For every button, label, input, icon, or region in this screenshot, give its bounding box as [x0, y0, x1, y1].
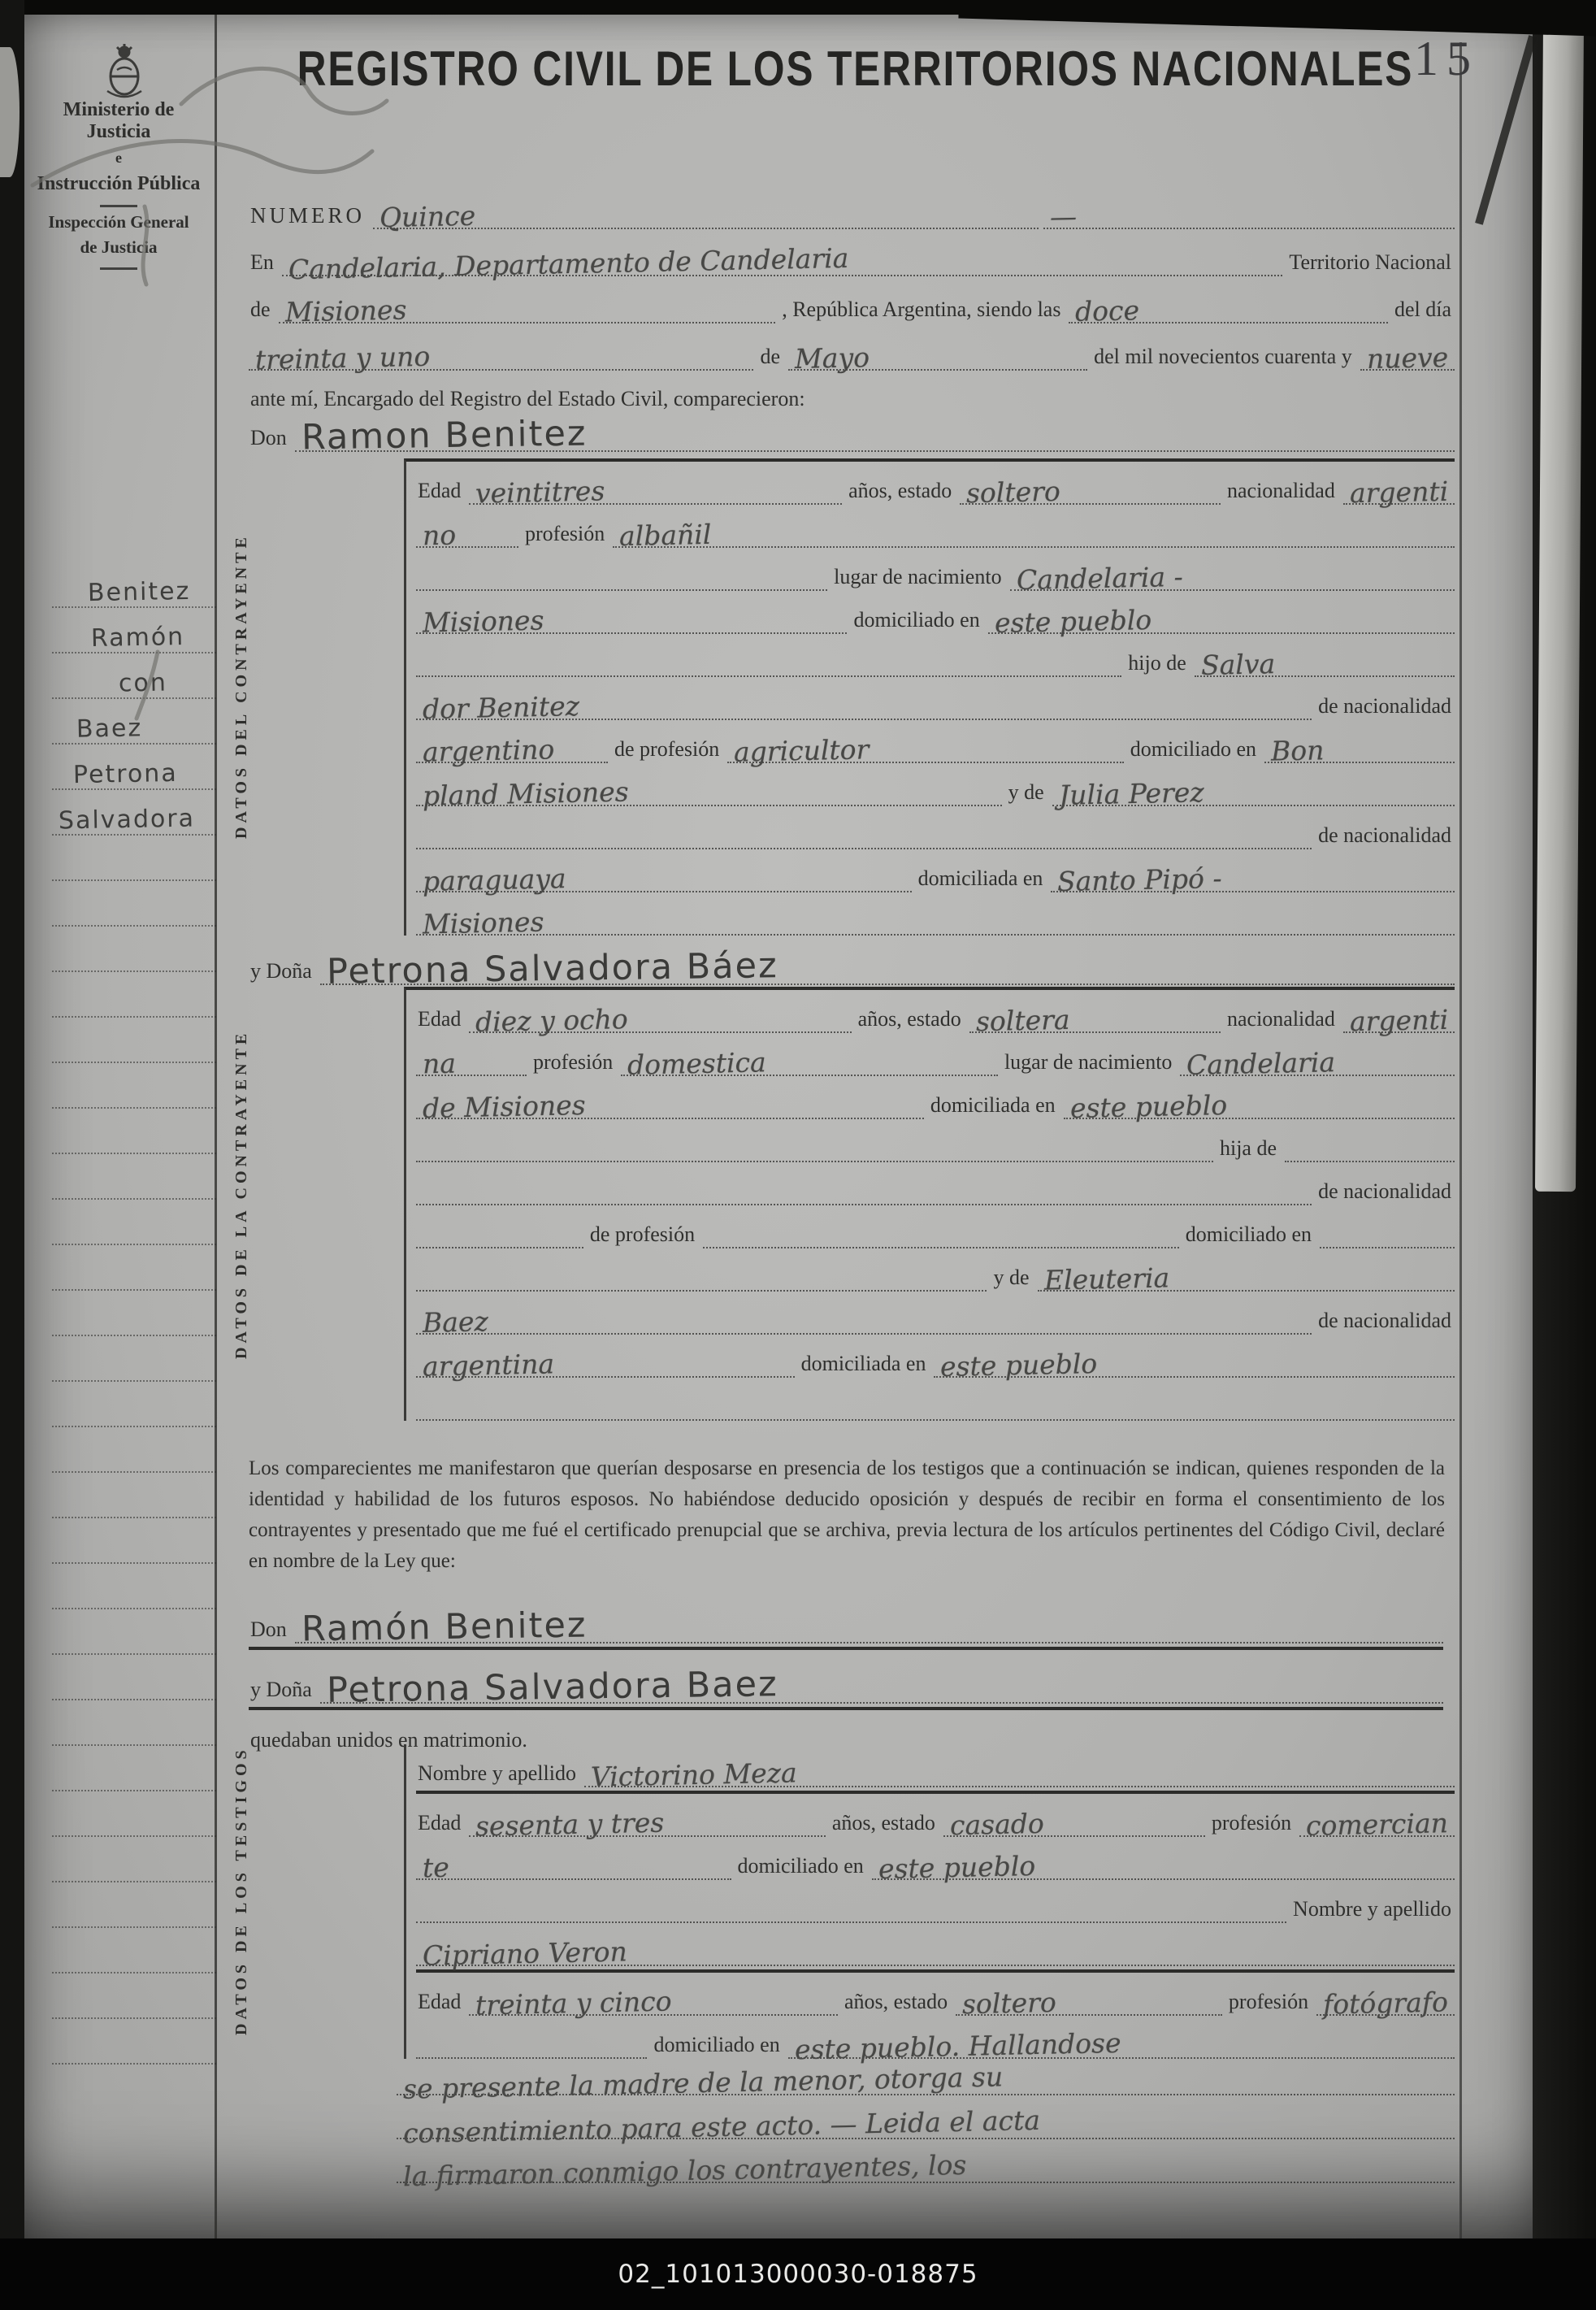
- torn-paper-scrap: [0, 47, 20, 177]
- form-row: Nombre y apellido: [416, 1880, 1455, 1923]
- form-row: dor Benitezde nacionalidad: [416, 677, 1455, 720]
- field-value: Baez: [416, 1310, 1312, 1335]
- handwriting: Victorino Meza: [591, 1761, 797, 1789]
- handwriting: diez y ocho: [475, 1007, 628, 1035]
- field-label: profesión: [1210, 1811, 1295, 1837]
- handwriting: Bon: [1271, 738, 1325, 763]
- handwriting: albañil: [619, 523, 712, 549]
- intro-fields: NUMEROQuince—EnCandelaria, Departamento …: [249, 172, 1455, 413]
- field-label: lugar de nacimiento: [1003, 1050, 1175, 1076]
- form-row: Misionesdomiciliado eneste pueblo: [416, 591, 1455, 634]
- handwriting: na: [423, 1052, 457, 1077]
- form-row: Edadveintitresaños, estadosolteronaciona…: [416, 462, 1455, 505]
- margin-ruled-line: [52, 1063, 216, 1109]
- form-row: y DoñaPetrona Salvadora Báez: [249, 935, 1455, 985]
- field-value: soltero: [960, 480, 1221, 505]
- handwriting: Ramón Benitez: [301, 1608, 587, 1648]
- handwriting: argentina: [423, 1352, 555, 1379]
- field-value: Julia Perez: [1052, 782, 1455, 806]
- field-value: —: [1043, 205, 1455, 229]
- field-label: nacionalidad: [1225, 1007, 1338, 1033]
- field-value: argenti: [1343, 1009, 1455, 1033]
- scan-reference-code: 02_101013000030-018875: [618, 2260, 978, 2289]
- form-row: noprofesiónalbañil: [416, 505, 1455, 548]
- field-value: domestica: [621, 1052, 998, 1076]
- field-label: domiciliado en: [736, 1854, 867, 1880]
- ministry-line: de Justicia: [29, 237, 208, 258]
- field-value: no: [416, 523, 518, 548]
- field-label: domiciliada en: [929, 1093, 1059, 1119]
- field-value: soltero: [956, 1991, 1222, 2016]
- form-row: deMisiones, República Argentina, siendo …: [249, 276, 1455, 323]
- field-value: Victorino Meza: [584, 1763, 1455, 1787]
- form-column: REGISTRO CIVIL DE LOS TERRITORIOS NACION…: [226, 13, 1459, 2238]
- field-label: domiciliado en: [1129, 737, 1260, 763]
- form-row: de nacionalidad: [416, 1162, 1455, 1205]
- handwriting: Misiones: [423, 608, 544, 635]
- field-value: Petrona Salvadora Baez: [320, 1670, 1443, 1704]
- field-value: veintitres: [469, 480, 842, 505]
- margin-ruled-line: [52, 1837, 216, 1882]
- handwriting: Julia Perez: [1058, 780, 1204, 808]
- margin-ruled-line: [52, 1109, 216, 1154]
- margin-ruled-line: [52, 1700, 216, 1746]
- handwriting: este pueblo: [940, 1352, 1098, 1379]
- form-row: Nombre y apellidoVictorino Meza: [416, 1744, 1455, 1794]
- field-label: , República Argentina, siendo las: [780, 297, 1064, 323]
- field-value: pland Misiones: [416, 782, 1002, 806]
- form-row: DonRamón Benitez: [249, 1596, 1443, 1650]
- margin-ruled-line: [52, 1154, 216, 1200]
- field-label: de nacionalidad: [1316, 694, 1455, 720]
- field-value: argenti: [1343, 480, 1455, 505]
- margin-ruled-line: [52, 1791, 216, 1837]
- page-stack-edge: [1535, 21, 1584, 1192]
- margin-ruled-line: [52, 881, 216, 927]
- field-label: Edad: [416, 1007, 464, 1033]
- handwriting: Candelaria -: [1016, 565, 1182, 593]
- margin-ruled-line: Baez: [52, 699, 216, 745]
- handwriting: sesenta y tres: [475, 1811, 665, 1839]
- handwriting: fotógrafo: [1323, 1990, 1448, 2017]
- field-label: hija de: [1218, 1136, 1280, 1162]
- field-value: Quince: [373, 205, 1039, 229]
- margin-ruled-line: Salvadora: [52, 790, 216, 836]
- field-label: domiciliada en: [800, 1352, 930, 1378]
- field-label: Don: [249, 1617, 290, 1643]
- handwriting: treinta y cinco: [475, 1989, 672, 2017]
- handwriting: no: [423, 523, 457, 549]
- margin-ruled-line: Petrona: [52, 745, 216, 790]
- handwriting: argentino: [423, 737, 555, 764]
- scanned-register-page: 15 Ministerio de Justicia e Instrucción …: [0, 0, 1596, 2310]
- margin-name: Benitez: [88, 577, 191, 607]
- field-label: domiciliada en: [917, 866, 1047, 892]
- field-value: fotógrafo: [1316, 1991, 1455, 2016]
- handwriting: —: [1050, 205, 1078, 230]
- field-value: Misiones: [416, 610, 847, 634]
- handwriting: Petrona Salvadora Báez: [327, 948, 778, 990]
- handwriting: Quince: [379, 204, 476, 230]
- handwriting: este pueblo: [1069, 1093, 1227, 1121]
- groom-section: Edadveintitresaños, estadosolteronaciona…: [404, 458, 1455, 936]
- handwriting: dor Benitez: [423, 694, 580, 722]
- field-label: de nacionalidad: [1316, 823, 1455, 849]
- paper-sheet: 15 Ministerio de Justicia e Instrucción …: [23, 13, 1533, 2238]
- margin-ruled-line: [52, 1928, 216, 1973]
- margin-name: Petrona: [73, 759, 178, 789]
- margin-ruled-line: [52, 836, 216, 881]
- margin-ruled-line: [52, 2019, 216, 2065]
- handwriting: este pueblo: [878, 1854, 1035, 1882]
- handwriting: Petrona Salvadora Baez: [327, 1666, 778, 1709]
- margin-name: Baez: [76, 714, 143, 743]
- field-label: de: [249, 297, 274, 323]
- ministry-header: Ministerio de Justicia e Instrucción Púb…: [29, 99, 208, 273]
- form-row: NUMEROQuince—: [249, 172, 1455, 229]
- field-value: se presente la madre de la menor, otorga…: [397, 2071, 1455, 2095]
- handwriting: Eleuteria: [1043, 1266, 1169, 1292]
- handwriting: de Misiones: [423, 1093, 586, 1121]
- book-binding: [0, 0, 24, 2310]
- field-value: na: [416, 1052, 527, 1076]
- marriage-declaration-rows: DonRamón Benitezy DoñaPetrona Salvadora …: [249, 1596, 1443, 1754]
- field-label: hijo de: [1126, 651, 1190, 677]
- scan-footer: 02_101013000030-018875: [0, 2238, 1596, 2310]
- form-row: y deEleuteria: [416, 1248, 1455, 1292]
- field-label: y Doña: [249, 959, 315, 985]
- field-value: sesenta y tres: [469, 1813, 825, 1837]
- field-value: doce: [1069, 299, 1388, 323]
- field-value: argentina: [416, 1353, 795, 1378]
- field-label: Edad: [416, 1990, 464, 2016]
- section-label-groom: DATOS DEL CONTRAYENTE: [232, 458, 260, 914]
- form-row: hija de: [416, 1119, 1455, 1162]
- margin-index-names: BenitezRamónconBaezPetronaSalvadora: [52, 562, 216, 2065]
- closing-handwritten-lines: se presente la madre de la menor, otorga…: [397, 2052, 1455, 2183]
- handwriting: soltero: [962, 1991, 1056, 2017]
- bride-name-row: y DoñaPetrona Salvadora Báez: [249, 935, 1455, 985]
- form-row: [416, 1378, 1455, 1421]
- handwriting: treinta y uno: [255, 345, 431, 373]
- field-label: Don: [249, 426, 290, 452]
- margin-ruled-line: [52, 1473, 216, 1518]
- field-label: lugar de nacimiento: [832, 565, 1004, 591]
- field-value: Misiones: [279, 299, 776, 323]
- form-row: de profesióndomiciliado en: [416, 1205, 1455, 1248]
- document-title: REGISTRO CIVIL DE LOS TERRITORIOS NACION…: [297, 41, 1374, 97]
- handwriting: pland Misiones: [423, 779, 629, 808]
- handwriting: argenti: [1350, 480, 1449, 506]
- field-value: casado: [943, 1813, 1205, 1837]
- field-blank: [416, 1419, 1455, 1421]
- form-row: y DoñaPetrona Salvadora Baez: [249, 1657, 1443, 1710]
- handwriting: Ramon Benitez: [301, 416, 587, 456]
- divider: [100, 205, 137, 207]
- page-number: 15: [1414, 31, 1479, 87]
- field-label: y de: [1007, 780, 1047, 806]
- margin-name: Salvadora: [59, 805, 196, 836]
- field-value: Candelaria: [1180, 1052, 1455, 1076]
- groom-name-row: DonRamon Benitez: [249, 393, 1455, 452]
- field-label: de: [758, 345, 783, 371]
- field-label: años, estado: [857, 1007, 965, 1033]
- field-label: de profesión: [588, 1222, 698, 1248]
- field-label: años, estado: [847, 479, 955, 505]
- margin-ruled-line: [52, 972, 216, 1018]
- field-value: este pueblo: [988, 610, 1455, 634]
- form-row: tedomiciliado eneste pueblo: [416, 1837, 1455, 1880]
- field-value: Candelaria, Departamento de Candelaria: [282, 252, 1283, 276]
- form-row: de nacionalidad: [416, 806, 1455, 849]
- margin-ruled-line: [52, 1973, 216, 2019]
- form-row: Edaddiez y ochoaños, estadosolteranacion…: [416, 990, 1455, 1033]
- field-value: Cipriano Veron: [416, 1942, 1455, 1966]
- field-label: nacionalidad: [1225, 479, 1338, 505]
- handwriting: Salva: [1200, 652, 1275, 678]
- field-label: Territorio Nacional: [1287, 250, 1455, 276]
- field-label: años, estado: [831, 1811, 939, 1837]
- handwriting: comercian: [1306, 1811, 1449, 1839]
- divider: [100, 267, 137, 270]
- margin-ruled-line: Benitez: [52, 562, 216, 608]
- field-value: Mayo: [788, 346, 1087, 371]
- handwriting: paraguaya: [423, 866, 566, 894]
- field-value: dor Benitez: [416, 696, 1312, 720]
- margin-name: Ramón: [91, 623, 185, 653]
- field-value: albañil: [613, 523, 1455, 548]
- ministry-line: Instrucción Pública: [29, 173, 208, 195]
- handwriting: Baez: [423, 1309, 488, 1335]
- field-value: Santo Pipó -: [1051, 868, 1455, 892]
- form-row: se presente la madre de la menor, otorga…: [397, 2052, 1455, 2095]
- handwriting: Santo Pipó -: [1057, 866, 1222, 894]
- margin-ruled-line: [52, 1336, 216, 1382]
- field-label: Nombre y apellido: [1291, 1897, 1455, 1923]
- form-row: hijo deSalva: [416, 634, 1455, 677]
- field-value: la firmaron conmigo los contrayentes, lo…: [397, 2159, 1455, 2183]
- form-row: EnCandelaria, Departamento de Candelaria…: [249, 229, 1455, 276]
- field-value: Salva: [1195, 653, 1455, 677]
- form-row: argentinode profesiónagricultordomicilia…: [416, 720, 1455, 763]
- field-label: de profesión: [613, 737, 722, 763]
- margin-ruled-line: [52, 927, 216, 972]
- handwriting: agricultor: [734, 737, 870, 764]
- form-row: Edadsesenta y tresaños, estadocasadoprof…: [416, 1794, 1455, 1837]
- ministry-line: Inspección General: [29, 212, 208, 232]
- handwriting: te: [423, 1856, 449, 1881]
- field-label: de nacionalidad: [1316, 1179, 1455, 1205]
- field-value: paraguaya: [416, 868, 912, 892]
- margin-ruled-line: con: [52, 653, 216, 699]
- section-label-witnesses: DATOS DE LOS TESTIGOS: [232, 1744, 260, 2037]
- handwriting: Misiones: [423, 910, 544, 936]
- margin-ruled-line: [52, 1655, 216, 1700]
- margin-ruled-line: [52, 1200, 216, 1245]
- field-value: argentino: [416, 739, 608, 763]
- field-label: domiciliado en: [852, 608, 982, 634]
- coat-of-arms-icon: [101, 42, 148, 99]
- margin-ruled-line: [52, 1882, 216, 1928]
- form-row: Baezde nacionalidad: [416, 1292, 1455, 1335]
- field-value: este pueblo: [934, 1353, 1455, 1378]
- field-value: treinta y uno: [249, 346, 753, 371]
- field-label: Edad: [416, 479, 464, 505]
- form-row: Misiones: [416, 892, 1455, 936]
- field-value: este pueblo: [872, 1856, 1455, 1880]
- field-label: Nombre y apellido: [416, 1761, 579, 1787]
- right-rule-line: [1459, 42, 1462, 2238]
- form-row: DonRamon Benitez: [249, 393, 1455, 452]
- field-value: soltera: [969, 1009, 1221, 1033]
- field-value: Ramon Benitez: [295, 418, 1455, 452]
- field-label: profesión: [523, 522, 608, 548]
- field-label: Edad: [416, 1811, 464, 1837]
- field-label: de nacionalidad: [1316, 1309, 1455, 1335]
- field-label: NUMERO: [249, 203, 368, 229]
- handwriting: nueve: [1366, 345, 1448, 371]
- field-label: y Doña: [249, 1678, 315, 1704]
- margin-ruled-line: [52, 1609, 216, 1655]
- handwriting: Mayo: [795, 345, 870, 371]
- field-value: este pueblo: [1064, 1095, 1455, 1119]
- form-row: paraguayadomiciliada enSanto Pipó -: [416, 849, 1455, 892]
- field-value: diez y ocho: [469, 1009, 851, 1033]
- field-value: Misiones: [416, 911, 1455, 936]
- form-row: argentinadomiciliada eneste pueblo: [416, 1335, 1455, 1378]
- ministry-line: e: [29, 150, 208, 167]
- handwriting: Candelaria: [1186, 1050, 1336, 1078]
- field-label: del día: [1393, 297, 1455, 323]
- handwriting: veintitres: [475, 479, 605, 506]
- witnesses-section: Nombre y apellidoVictorino MezaEdadsesen…: [404, 1744, 1455, 2059]
- margin-ruled-line: [52, 1245, 216, 1291]
- form-row: de Misionesdomiciliada eneste pueblo: [416, 1076, 1455, 1119]
- margin-ruled-line: [52, 1427, 216, 1473]
- handwriting: este pueblo: [994, 608, 1151, 636]
- field-value: Candelaria -: [1010, 567, 1455, 591]
- handwriting: argenti: [1350, 1008, 1449, 1035]
- margin-ruled-line: [52, 1291, 216, 1336]
- handwriting: soltero: [966, 480, 1060, 506]
- margin-ruled-line: [52, 1382, 216, 1427]
- margin-ruled-line: [52, 1018, 216, 1063]
- handwriting: casado: [950, 1812, 1044, 1838]
- field-value: Bon: [1264, 739, 1455, 763]
- form-row: Cipriano Veron: [416, 1923, 1455, 1973]
- form-row: Edadtreinta y cincoaños, estadosolteropr…: [416, 1973, 1455, 2016]
- handwriting: Cipriano Veron: [423, 1939, 627, 1968]
- field-label: del mil novecientos cuarenta y: [1092, 345, 1355, 371]
- field-value: agricultor: [727, 739, 1124, 763]
- field-value: te: [416, 1856, 731, 1880]
- margin-ruled-line: [52, 1564, 216, 1609]
- field-label: En: [249, 250, 277, 276]
- form-row: consentimiento para este acto. — Leida e…: [397, 2095, 1455, 2139]
- form-row: pland Misionesy deJulia Perez: [416, 763, 1455, 806]
- field-value: de Misiones: [416, 1095, 924, 1119]
- handwriting: doce: [1075, 298, 1140, 324]
- handwriting: soltera: [975, 1008, 1069, 1034]
- field-value: Ramón Benitez: [295, 1609, 1443, 1643]
- section-label-bride: DATOS DE LA CONTRAYENTE: [232, 987, 260, 1401]
- field-value: treinta y cinco: [469, 1991, 838, 2016]
- field-value: nueve: [1360, 346, 1455, 371]
- field-label: profesión: [531, 1050, 616, 1076]
- margin-ruled-line: [52, 1518, 216, 1564]
- field-label: profesión: [1227, 1990, 1312, 2016]
- margin-ruled-line: Ramón: [52, 608, 216, 653]
- bride-section: Edaddiez y ochoaños, estadosolteranacion…: [404, 987, 1455, 1421]
- field-label: y de: [991, 1266, 1032, 1292]
- declaration-paragraph: Los comparecientes me manifestaron que q…: [249, 1453, 1445, 1577]
- field-value: Petrona Salvadora Báez: [320, 951, 1455, 985]
- form-row: naprofesióndomesticalugar de nacimientoC…: [416, 1033, 1455, 1076]
- form-row: treinta y unodeMayodel mil novecientos c…: [249, 323, 1455, 371]
- field-value: comercian: [1299, 1813, 1455, 1837]
- form-row: lugar de nacimientoCandelaria -: [416, 548, 1455, 591]
- margin-name: con: [119, 668, 167, 697]
- field-label: años, estado: [843, 1990, 951, 2016]
- handwriting: domestica: [627, 1050, 766, 1078]
- field-value: Eleuteria: [1038, 1267, 1455, 1292]
- handwriting: Misiones: [284, 297, 406, 324]
- field-label: domiciliado en: [1184, 1222, 1315, 1248]
- ministry-line: Ministerio de Justicia: [29, 99, 208, 143]
- handwriting: la firmaron conmigo los contrayentes, lo…: [403, 2153, 967, 2190]
- field-value: consentimiento para este acto. — Leida e…: [397, 2115, 1455, 2139]
- margin-ruled-line: [52, 1746, 216, 1791]
